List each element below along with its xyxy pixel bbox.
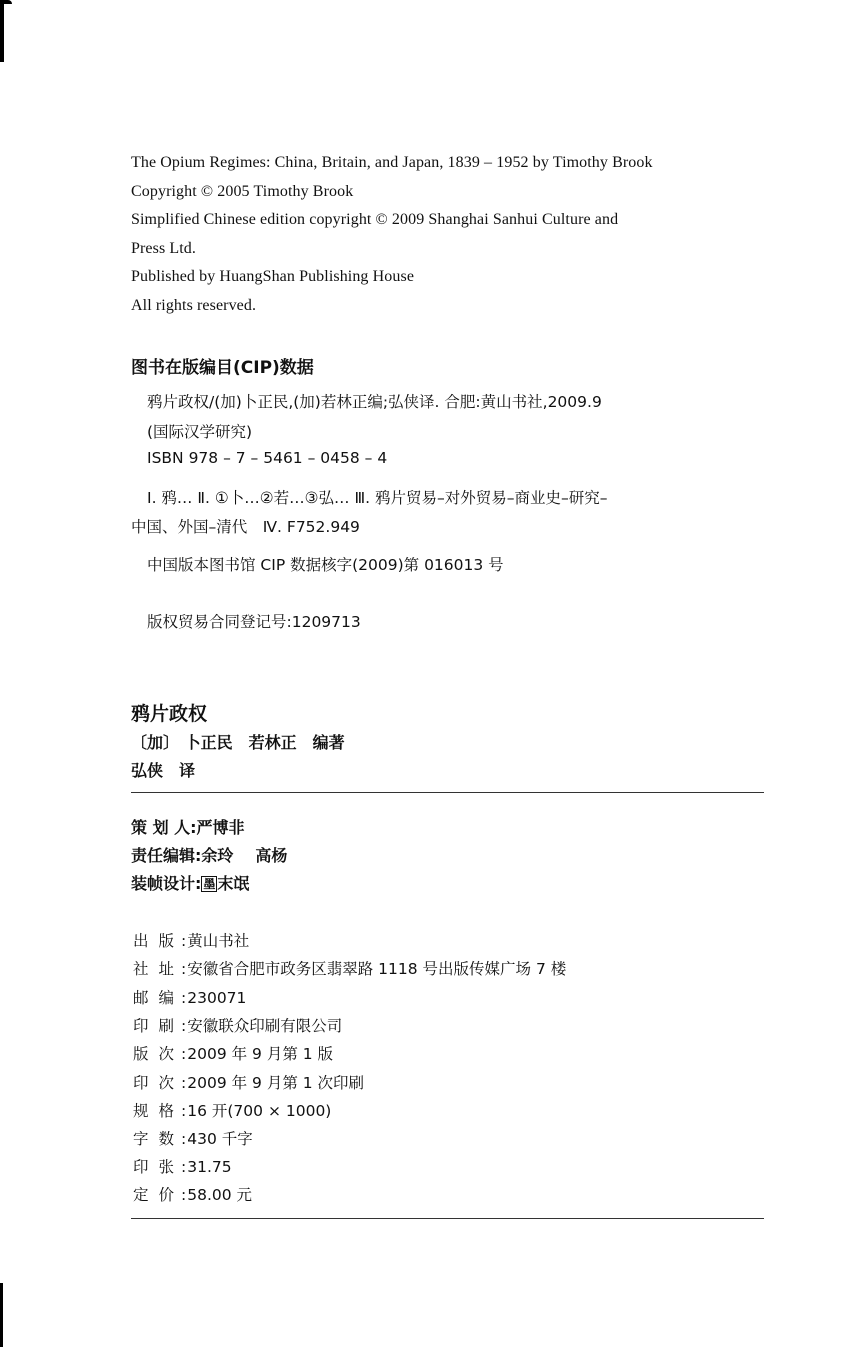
spec-row-edition: 版次:2009 年 9 月第 1 版 — [133, 1042, 333, 1064]
copyright-contract-number: 版权贸易合同登记号:1209713 — [147, 610, 361, 632]
editor-1: 余玲 — [201, 846, 233, 865]
designer-line: 装帧设计:墨末氓 — [131, 871, 249, 894]
cip-classification-line-2: 中国、外国–清代 Ⅳ. F752.949 — [131, 515, 360, 537]
spec-row-address: 社址:安徽省合肥市政务区翡翠路 1118 号出版传媒广场 7 楼 — [133, 957, 566, 979]
cip-series: (国际汉学研究) — [147, 420, 252, 442]
designer-value: 末氓 — [217, 874, 249, 893]
planner-label: 策 划 人: — [131, 818, 197, 837]
original-title-line: The Opium Regimes: China, Britain, and J… — [131, 149, 653, 178]
spec-row-price: 定价:58.00 元 — [133, 1183, 252, 1205]
spec-row-printing: 印次:2009 年 9 月第 1 次印刷 — [133, 1071, 364, 1093]
editors-line: 责任编辑:余玲高杨 — [131, 843, 287, 866]
cip-record-line: 鸦片政权/(加)卜正民,(加)若林正编;弘侠译. 合肥:黄山书社,2009.9 — [147, 390, 602, 412]
publisher-line: Published by HuangShan Publishing House — [131, 263, 653, 292]
spec-row-format: 规格:16 开(700 × 1000) — [133, 1099, 331, 1121]
rights-reserved-line: All rights reserved. — [131, 292, 653, 321]
chinese-edition-copyright-line-cont: Press Ltd. — [131, 235, 653, 264]
cip-heading: 图书在版编目(CIP)数据 — [131, 353, 314, 378]
cip-isbn: ISBN 978 – 7 – 5461 – 0458 – 4 — [147, 449, 387, 467]
designer-label: 装帧设计: — [131, 874, 201, 893]
chinese-edition-copyright-line: Simplified Chinese edition copyright © 2… — [131, 206, 653, 235]
translator-line: 弘侠 译 — [131, 758, 195, 781]
book-title: 鸦片政权 — [131, 699, 207, 726]
scan-edge-mark-top — [0, 0, 4, 62]
designer-boxed-char: 墨 — [201, 876, 217, 892]
scan-edge-mark-top-hook — [0, 0, 12, 4]
cip-verification-number: 中国版本图书馆 CIP 数据核字(2009)第 016013 号 — [147, 553, 504, 575]
editor-2: 高杨 — [255, 846, 287, 865]
editors-label: 责任编辑: — [131, 846, 201, 865]
cip-classification-line-1: Ⅰ. 鸦… Ⅱ. ①卜…②若…③弘… Ⅲ. 鸦片贸易–对外贸易–商业史–研究– — [147, 486, 608, 508]
scan-edge-mark-bottom — [0, 1283, 3, 1347]
divider-bottom — [131, 1218, 764, 1219]
divider-top — [131, 792, 764, 793]
spec-row-word-count: 字数:430 千字 — [133, 1127, 253, 1149]
english-credits: The Opium Regimes: China, Britain, and J… — [131, 149, 653, 321]
spec-row-printer: 印刷:安徽联众印刷有限公司 — [133, 1014, 342, 1036]
planner-line: 策 划 人:严博非 — [131, 815, 245, 838]
original-copyright-line: Copyright © 2005 Timothy Brook — [131, 178, 653, 207]
planner-value: 严博非 — [197, 818, 245, 837]
spec-row-postcode: 邮编:230071 — [133, 986, 246, 1008]
spec-row-publisher: 出版:黄山书社 — [133, 929, 249, 951]
authors-line: 〔加〕 卜正民 若林正 编著 — [131, 730, 345, 753]
spec-row-sheets: 印张:31.75 — [133, 1155, 232, 1177]
